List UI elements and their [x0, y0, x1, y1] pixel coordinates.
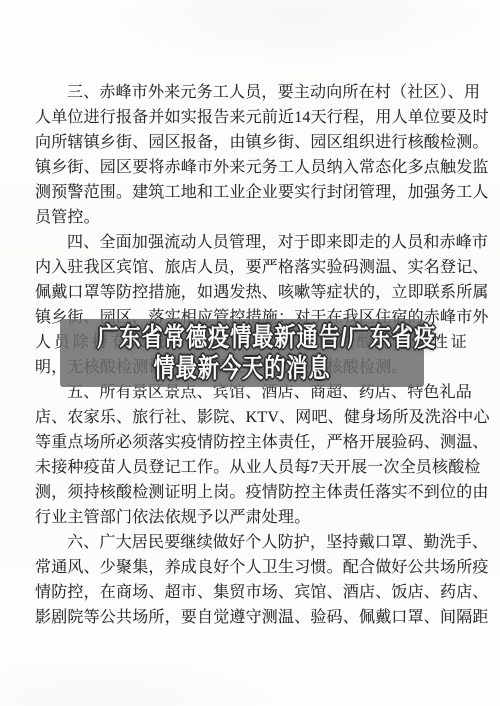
headline-line-2: 情最新今天的消息	[60, 353, 424, 384]
document-line: 四、全面加强流动人员管理，对于即来即走的人员和赤峰市	[35, 230, 467, 255]
document-line: 店、农家乐、旅行社、影院、KTV、网吧、健身场所及洗浴中心	[35, 405, 467, 430]
document-line: 情防控，在商场、超市、集贸市场、宾馆、酒店、饭店、药店、	[35, 580, 467, 605]
paragraph: 六、广大居民要继续做好个人防护，坚持戴口罩、勤洗手、常通风、少聚集，养成良好个人…	[35, 530, 467, 630]
document-line: 人单位进行报备并如实报告来元前近14天行程，用人单位要及时	[35, 105, 467, 130]
document-line: 内入驻我区宾馆、旅店人员，要严格落实验码测温、实名登记、	[35, 255, 467, 280]
document-line: 未接种疫苗人员登记工作。从业人员每7天开展一次全员核酸检	[35, 455, 467, 480]
document-line: 佩戴口罩等防控措施，如遇发热、咳嗽等症状的，立即联系所属	[35, 280, 467, 305]
document-line: 测，须持核酸检测证明上岗。疫情防控主体责任落实不到位的由	[35, 480, 467, 505]
headline-text-1: 广东省常德疫情最新通告/广东省疫	[97, 322, 436, 353]
document-line: 常通风、少聚集，养成良好个人卫生习惯。配合做好公共场所疫	[35, 555, 467, 580]
paragraph: 三、赤峰市外来元务工人员，要主动向所在村（社区）、用人单位进行报备并如实报告来元…	[35, 80, 467, 230]
headline-line-1: 广东省常德疫情最新通告/广东省疫	[60, 322, 424, 353]
document-line: 行业主管部门依法依规予以严肃处理。	[35, 505, 467, 530]
paragraph: 五、所有景区景点、宾馆、酒店、商超、药店、特色礼品店、农家乐、旅行社、影院、KT…	[35, 380, 467, 530]
document-line: 镇乡街、园区要将赤峰市外来元务工人员纳入常态化多点触发监	[35, 155, 467, 180]
document-line: 员管控。	[35, 205, 467, 230]
document-line: 六、广大居民要继续做好个人防护，坚持戴口罩、勤洗手、	[35, 530, 467, 555]
document-line: 三、赤峰市外来元务工人员，要主动向所在村（社区）、用	[35, 80, 467, 105]
document-line: 影剧院等公共场所，要自觉遵守测温、验码、佩戴口罩、间隔距	[35, 605, 467, 630]
headline-text-2: 情最新今天的消息	[153, 353, 330, 384]
document-line: 向所辖镇乡街、园区报备，由镇乡街、园区组织进行核酸检测。	[35, 130, 467, 155]
headline-banner: 广东省常德疫情最新通告/广东省疫 情最新今天的消息	[60, 319, 424, 387]
document-page: 三、赤峰市外来元务工人员，要主动向所在村（社区）、用人单位进行报备并如实报告来元…	[0, 0, 500, 706]
document-line: 测预警范围。建筑工地和工业企业要实行封闭管理，加强务工人	[35, 180, 467, 205]
document-line: 等重点场所必须落实疫情防控主体责任，严格开展验码、测温、	[35, 430, 467, 455]
